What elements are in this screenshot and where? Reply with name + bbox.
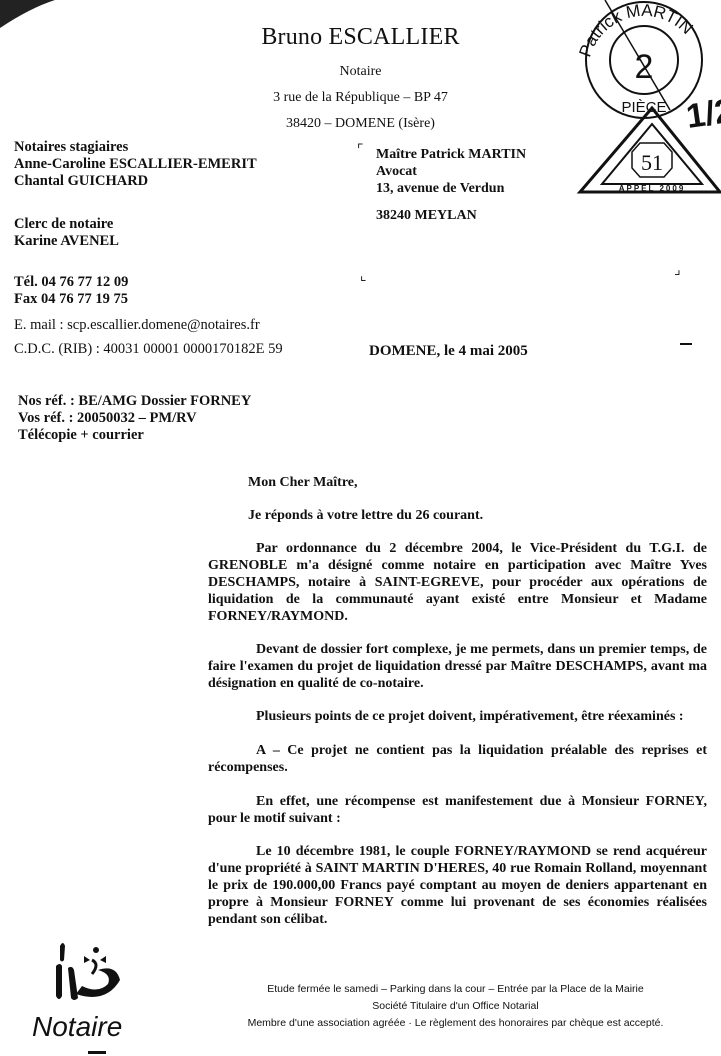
body-paragraph: Devant de dossier fort complexe, je me p…: [208, 641, 707, 692]
body-paragraph: Le 10 décembre 1981, le couple FORNEY/RA…: [208, 843, 707, 928]
footer-line: Société Titulaire d'un Office Notarial: [190, 998, 721, 1015]
stagiaire-name: Anne-Caroline ESCALLIER-EMERIT: [14, 156, 257, 173]
your-reference: Vos réf. : 20050032 – PM/RV: [18, 410, 251, 427]
phone: Tél. 04 76 77 12 09: [14, 274, 128, 291]
clerc-heading: Clerc de notaire: [14, 216, 119, 233]
recipient-city: 38240 MEYLAN: [376, 207, 526, 224]
our-reference: Nos réf. : BE/AMG Dossier FORNEY: [18, 393, 251, 410]
stamp-triangle-base: APPEL 2009: [619, 184, 686, 193]
recipient-address: Maître Patrick MARTIN Avocat 13, avenue …: [376, 146, 526, 224]
address-window-corner: ⌜: [357, 142, 364, 158]
delivery-mode: Télécopie + courrier: [18, 427, 251, 444]
bank-rib: C.D.C. (RIB) : 40031 00001 0000170182E 5…: [14, 341, 283, 358]
fax: Fax 04 76 77 19 75: [14, 291, 128, 308]
notaire-logo-icon: [48, 938, 138, 1010]
address-window-corner: ⌟: [674, 262, 681, 278]
stamp-label: PIÈCE: [621, 99, 666, 116]
contact-phone-fax: Tél. 04 76 77 12 09 Fax 04 76 77 19 75: [14, 274, 128, 308]
references: Nos réf. : BE/AMG Dossier FORNEY Vos réf…: [18, 393, 251, 444]
address-window-corner: ⌞: [360, 268, 367, 284]
recipient-line: 13, avenue de Verdun: [376, 180, 526, 197]
salutation: Mon Cher Maître,: [248, 474, 721, 491]
recipient-line: Maître Patrick MARTIN: [376, 146, 526, 163]
clerc-name: Karine AVENEL: [14, 233, 119, 250]
body-paragraph: A – Ce projet ne contient pas la liquida…: [208, 742, 707, 776]
body-paragraph: Par ordonnance du 2 décembre 2004, le Vi…: [208, 540, 707, 625]
body-paragraph: Je réponds à votre lettre du 26 courant.: [248, 507, 721, 524]
stagiaires-heading: Notaires stagiaires: [14, 139, 257, 156]
staff-stagiaires: Notaires stagiaires Anne-Caroline ESCALL…: [14, 139, 257, 190]
fold-mark: [680, 343, 692, 345]
logo-underline: [88, 1051, 106, 1054]
footer-line: Etude fermée le samedi – Parking dans la…: [190, 981, 721, 998]
body-paragraph: En effet, une récompense est manifesteme…: [208, 793, 707, 827]
recipient-line: Avocat: [376, 163, 526, 180]
staff-clerc: Clerc de notaire Karine AVENEL: [14, 216, 119, 250]
notaire-logo-text: Notaire: [32, 1011, 122, 1043]
body-paragraph: Plusieurs points de ce projet doivent, i…: [208, 708, 707, 725]
email: E. mail : scp.escallier.domene@notaires.…: [14, 317, 260, 334]
stagiaire-name: Chantal GUICHARD: [14, 173, 257, 190]
stamp-patrick-martin-piece: Patrick MARTIN 2 PIÈCE 51 APPEL 2009 1/2: [570, 0, 721, 200]
stamp-triangle-number: 51: [641, 150, 663, 175]
footer-line: Membre d'une association agréée · Le règ…: [190, 1015, 721, 1032]
letter-date: DOMENE, le 4 mai 2005: [369, 343, 528, 360]
handwritten-page-mark: 1/2: [684, 92, 721, 136]
